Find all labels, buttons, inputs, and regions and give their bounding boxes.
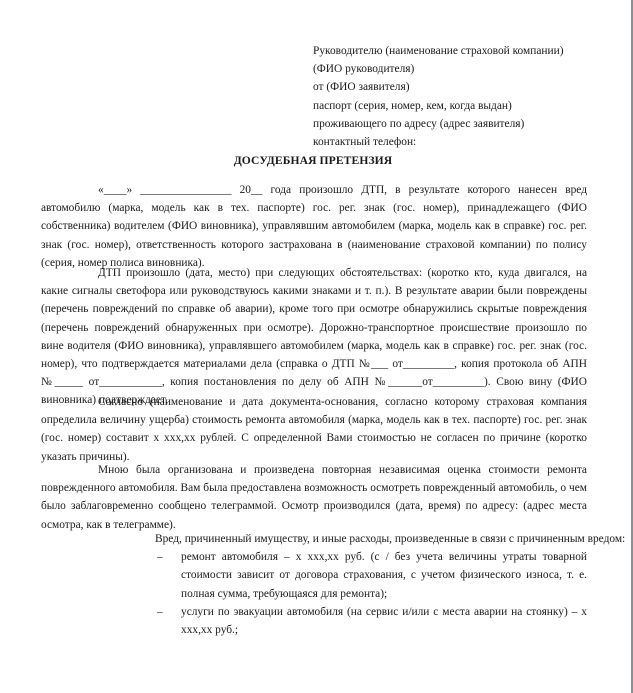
damages-section: Вред, причиненный имуществу, и иные расх…: [41, 530, 587, 639]
dash-bullet-icon: –: [157, 548, 163, 566]
document-title: ДОСУДЕБНАЯ ПРЕТЕНЗИЯ: [0, 154, 626, 167]
paragraph-text: «____» ________________ 20__ года произо…: [41, 181, 587, 272]
paragraph-incident: «____» ________________ 20__ года произо…: [41, 181, 587, 272]
addressee-block: Руководителю (наименование страховой ком…: [313, 42, 613, 151]
paragraph-disagreement: Согласно (наименование и дата документа-…: [41, 393, 587, 466]
addressee-line: контактный телефон:: [313, 133, 613, 151]
list-item-text: услуги по эвакуации автомобиля (на серви…: [181, 606, 587, 636]
paragraph-text: ДТП произошло (дата, место) при следующи…: [41, 264, 587, 410]
addressee-line: проживающего по адресу (адрес заявителя): [313, 115, 613, 133]
damages-intro: Вред, причиненный имуществу, и иные расх…: [41, 530, 587, 548]
addressee-line: Руководителю (наименование страховой ком…: [313, 42, 613, 60]
damages-list: – ремонт автомобиля – х ххх,хх руб. (с /…: [41, 548, 587, 639]
list-item-text: ремонт автомобиля – х ххх,хх руб. (с / б…: [181, 551, 587, 599]
addressee-line: (ФИО руководителя): [313, 60, 613, 78]
paragraph-text: Мною была организована и произведена пов…: [41, 461, 587, 534]
addressee-line: паспорт (серия, номер, кем, когда выдан): [313, 97, 613, 115]
addressee-line: от (ФИО заявителя): [313, 78, 613, 96]
list-item: – ремонт автомобиля – х ххх,хх руб. (с /…: [41, 548, 587, 603]
paragraph-circumstances: ДТП произошло (дата, место) при следующи…: [41, 264, 587, 410]
list-item: – услуги по эвакуации автомобиля (на сер…: [41, 603, 587, 639]
paragraph-text: Согласно (наименование и дата документа-…: [41, 393, 587, 466]
dash-bullet-icon: –: [157, 603, 163, 621]
paragraph-independent-assessment: Мною была организована и произведена пов…: [41, 461, 587, 534]
